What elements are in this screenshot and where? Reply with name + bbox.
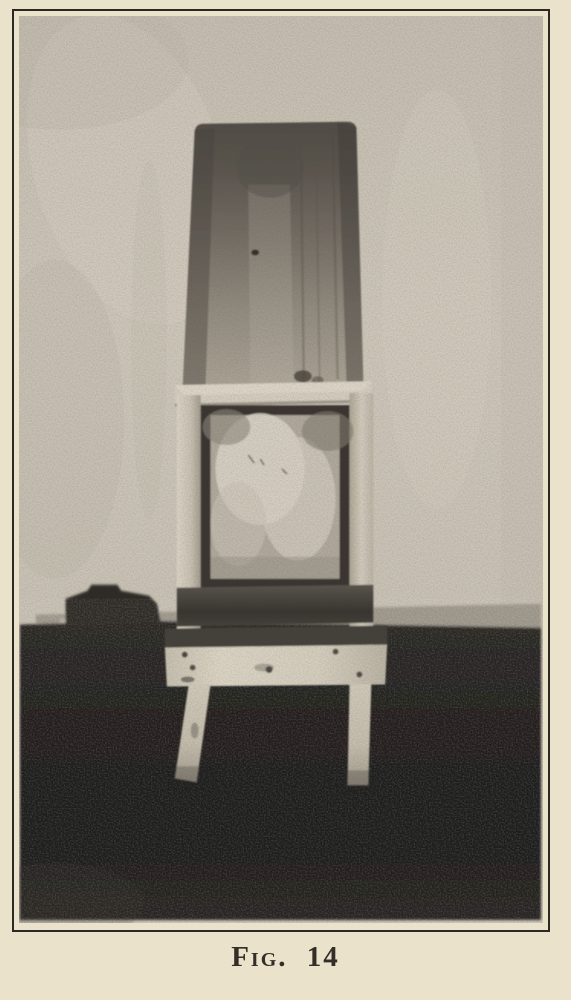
photo-illustration [19,16,543,923]
figure-photo [19,16,543,923]
scanned-page: Fig. 14 [0,0,571,1000]
figure-caption: Fig. 14 [0,941,571,974]
photo-grain-texture [19,16,543,923]
figure-frame [12,9,550,932]
